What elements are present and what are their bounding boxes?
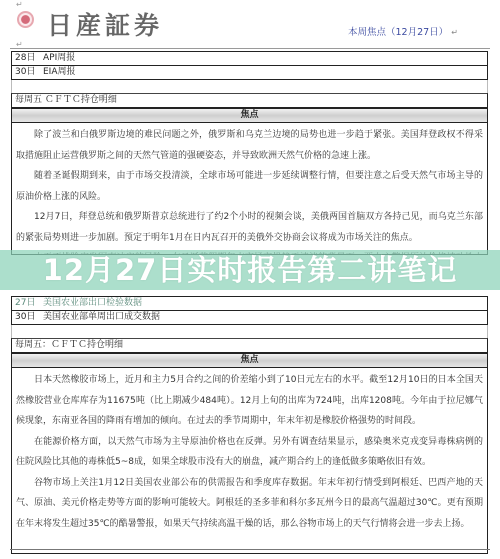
focus-body: 日本天然橡胶市场上，近月和主力5月合约之间的价差缩小到了10日元左右的水平。截至… [11, 368, 488, 554]
focus-paragraph: 除了波兰和白俄罗斯边境的难民问题之外，俄罗斯和乌克兰边境的局势也进一步趋于紧张。… [16, 125, 483, 166]
schedule-row: 30日美国农业部单周出口成交数据 [11, 311, 488, 325]
schedule-day: 30日 [15, 311, 43, 324]
title-banner: 12月27日实时报告第二讲笔记 [0, 250, 500, 290]
focus-paragraph: 随着圣诞假期到来，由于市场交投清淡，全球市场可能进一步延续调整行情，但要注意之后… [16, 166, 483, 207]
empty-row [11, 80, 488, 93]
empty-row [11, 325, 488, 338]
document-header: ↵ 日産証券 本周焦点（12月27日）↵ ↵ [0, 0, 500, 46]
focus-paragraph: 日本天然橡胶市场上，近月和主力5月合约之间的价差缩小到了10日元左右的水平。截至… [16, 370, 483, 432]
schedule-section-agriculture: 27日美国农业部出口检验数据 30日美国农业部单周出口成交数据 每周五：ＣＦＴＣ… [11, 296, 488, 554]
schedule-event: API周报 [43, 53, 75, 63]
weekly-cftc-text: 每周五 ＣＦＴＣ持仓明细 [15, 95, 117, 105]
schedule-event: 美国农业部单周出口成交数据 [43, 312, 160, 322]
focus-body: 除了波兰和白俄罗斯边境的难民问题之外，俄罗斯和乌克兰边境的局势也进一步趋于紧张。… [11, 123, 488, 255]
weekly-cftc-row: 每周五：ＣＦＴＣ持仓明细 [11, 338, 488, 353]
header-divider [10, 48, 490, 49]
weekly-cftc-row: 每周五 ＣＦＴＣ持仓明细 [11, 93, 488, 108]
schedule-day: 28日 [15, 52, 43, 65]
focus-paragraph: 在能源价格方面，以天然气市场为主导原油价格也在反弹。另外有调查结果显示，感染奥米… [16, 432, 483, 473]
report-date-text: 本周焦点（12月27日） [348, 27, 448, 38]
schedule-day: 30日 [15, 66, 43, 79]
schedule-section-energy: 28日API周报 30日EIA周报 每周五 ＣＦＴＣ持仓明细 焦点 除了波兰和白… [11, 51, 488, 255]
weekly-cftc-text: 每周五：ＣＦＴＣ持仓明细 [15, 340, 123, 350]
focus-paragraph: 谷物市场上关注1月12日美国农业部公布的供需报告和季度库存数据。年末年初行情受到… [16, 473, 483, 535]
schedule-day: 27日 [15, 297, 43, 310]
focus-header: 焦点 [11, 353, 488, 368]
schedule-event: EIA周报 [43, 67, 76, 77]
focus-header: 焦点 [11, 108, 488, 123]
schedule-row: 27日美国农业部出口检验数据 [11, 296, 488, 311]
paragraph-mark: ↵ [451, 28, 458, 37]
schedule-event: 美国农业部出口检验数据 [43, 298, 142, 308]
footer-divider [10, 549, 490, 550]
schedule-row: 28日API周报 [11, 51, 488, 66]
paragraph-mark: ↵ [16, 0, 23, 9]
report-date-label: 本周焦点（12月27日）↵ [348, 24, 458, 38]
nissan-securities-logo-icon [17, 11, 34, 28]
schedule-row: 30日EIA周报 [11, 66, 488, 80]
focus-paragraph: 12月7日，拜登总统和俄罗斯普京总统进行了约2个小时的视频会谈，美俄两国首脑双方… [16, 207, 483, 248]
company-logo-text: 日産証券 [47, 6, 163, 42]
